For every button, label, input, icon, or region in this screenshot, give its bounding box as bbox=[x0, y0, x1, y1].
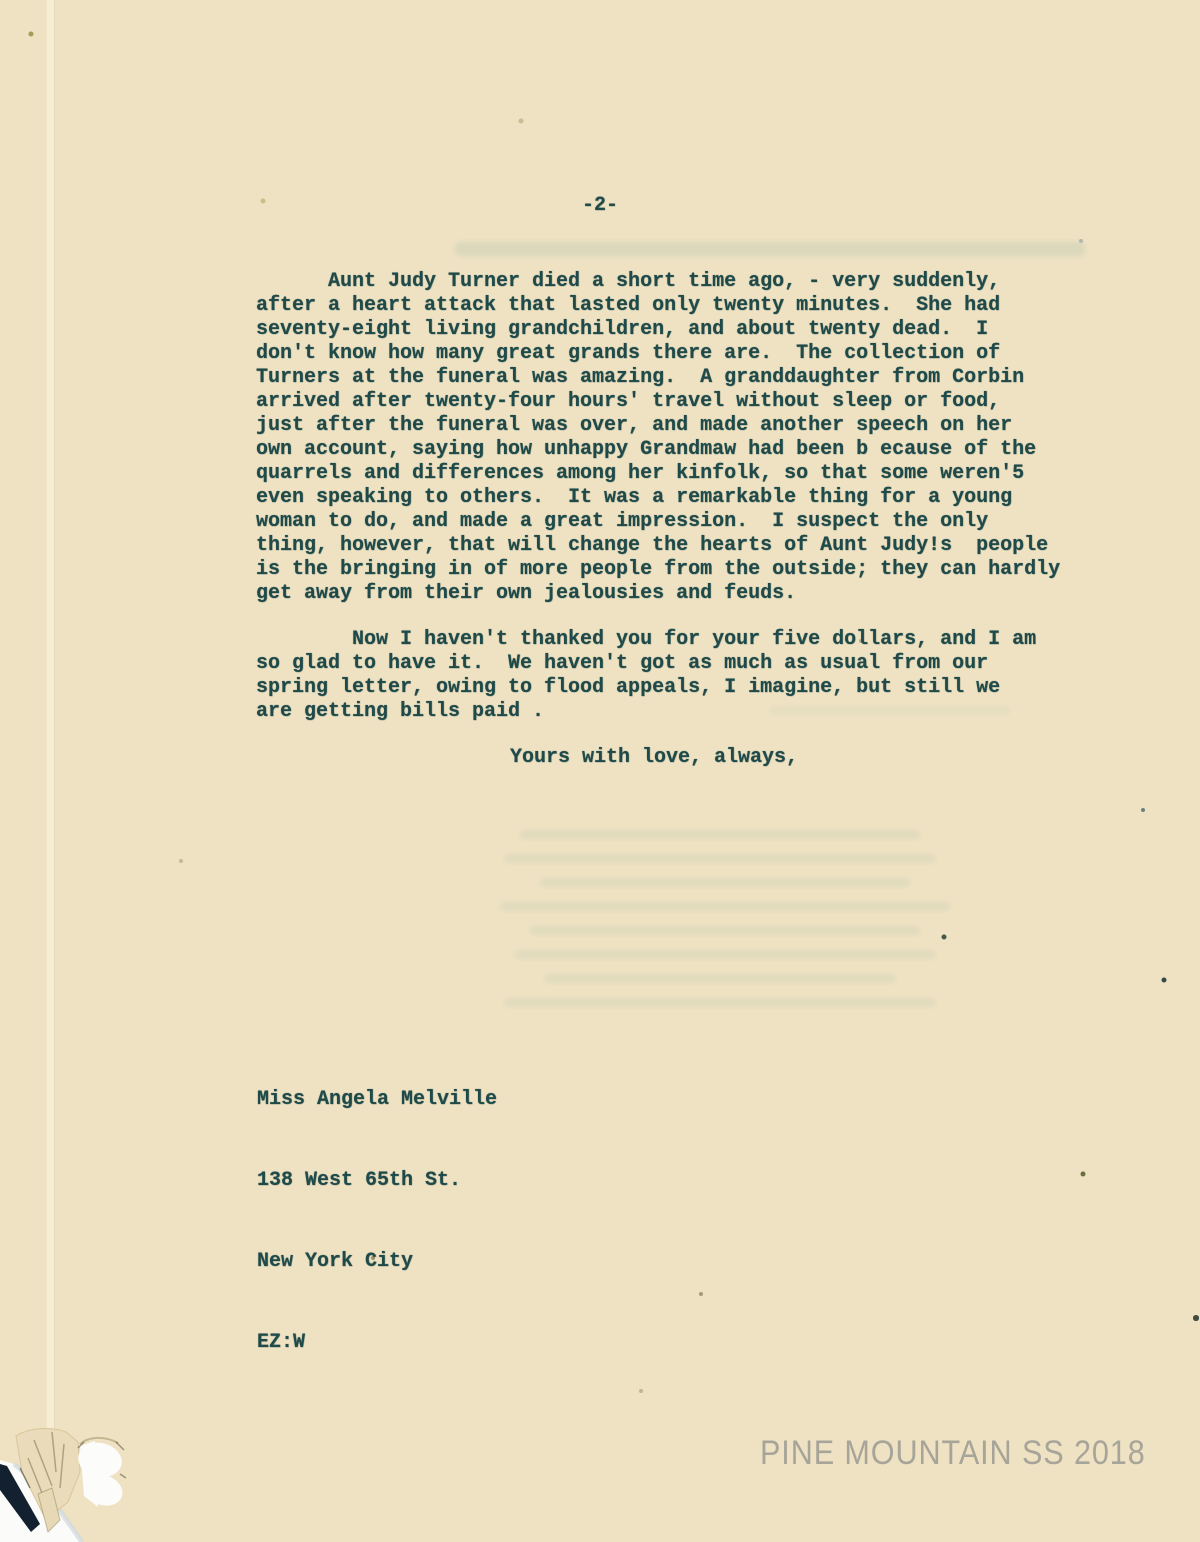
bleed-through-ghost bbox=[505, 854, 935, 863]
tear-hole bbox=[75, 1438, 127, 1511]
addressee-city: New York City bbox=[257, 1248, 497, 1275]
scanned-letter-page: -2- Aunt Judy Turner died a short time a… bbox=[0, 0, 1200, 1542]
bleed-through-ghost bbox=[505, 998, 935, 1007]
paper-specks bbox=[0, 0, 2, 2]
reference-initials: EZ:W bbox=[257, 1329, 497, 1356]
bleed-through-ghost bbox=[540, 878, 910, 887]
bleed-through-ghost bbox=[455, 242, 1085, 256]
bleed-through-ghost bbox=[500, 902, 950, 911]
letter-paragraph-2: Now I haven't thanked you for your five … bbox=[256, 628, 1036, 724]
letter-closing: Yours with love, always, bbox=[510, 746, 798, 770]
bleed-through-ghost bbox=[545, 974, 895, 983]
torn-corner bbox=[0, 1428, 250, 1542]
page-number-row: -2- bbox=[0, 194, 1200, 218]
addressee-name: Miss Angela Melville bbox=[257, 1086, 497, 1113]
addressee-street: 138 West 65th St. bbox=[257, 1167, 497, 1194]
bleed-through-ghost bbox=[515, 950, 935, 959]
page-number: -2- bbox=[582, 194, 618, 218]
paper-crease bbox=[46, 0, 55, 1542]
address-block: Miss Angela Melville 138 West 65th St. N… bbox=[257, 1032, 497, 1410]
bleed-through-ghost bbox=[520, 830, 920, 839]
bleed-through-ghost bbox=[530, 926, 920, 935]
letter-paragraph-1: Aunt Judy Turner died a short time ago, … bbox=[256, 270, 1060, 606]
archive-watermark: PINE MOUNTAIN SS 2018 bbox=[760, 1434, 1146, 1473]
